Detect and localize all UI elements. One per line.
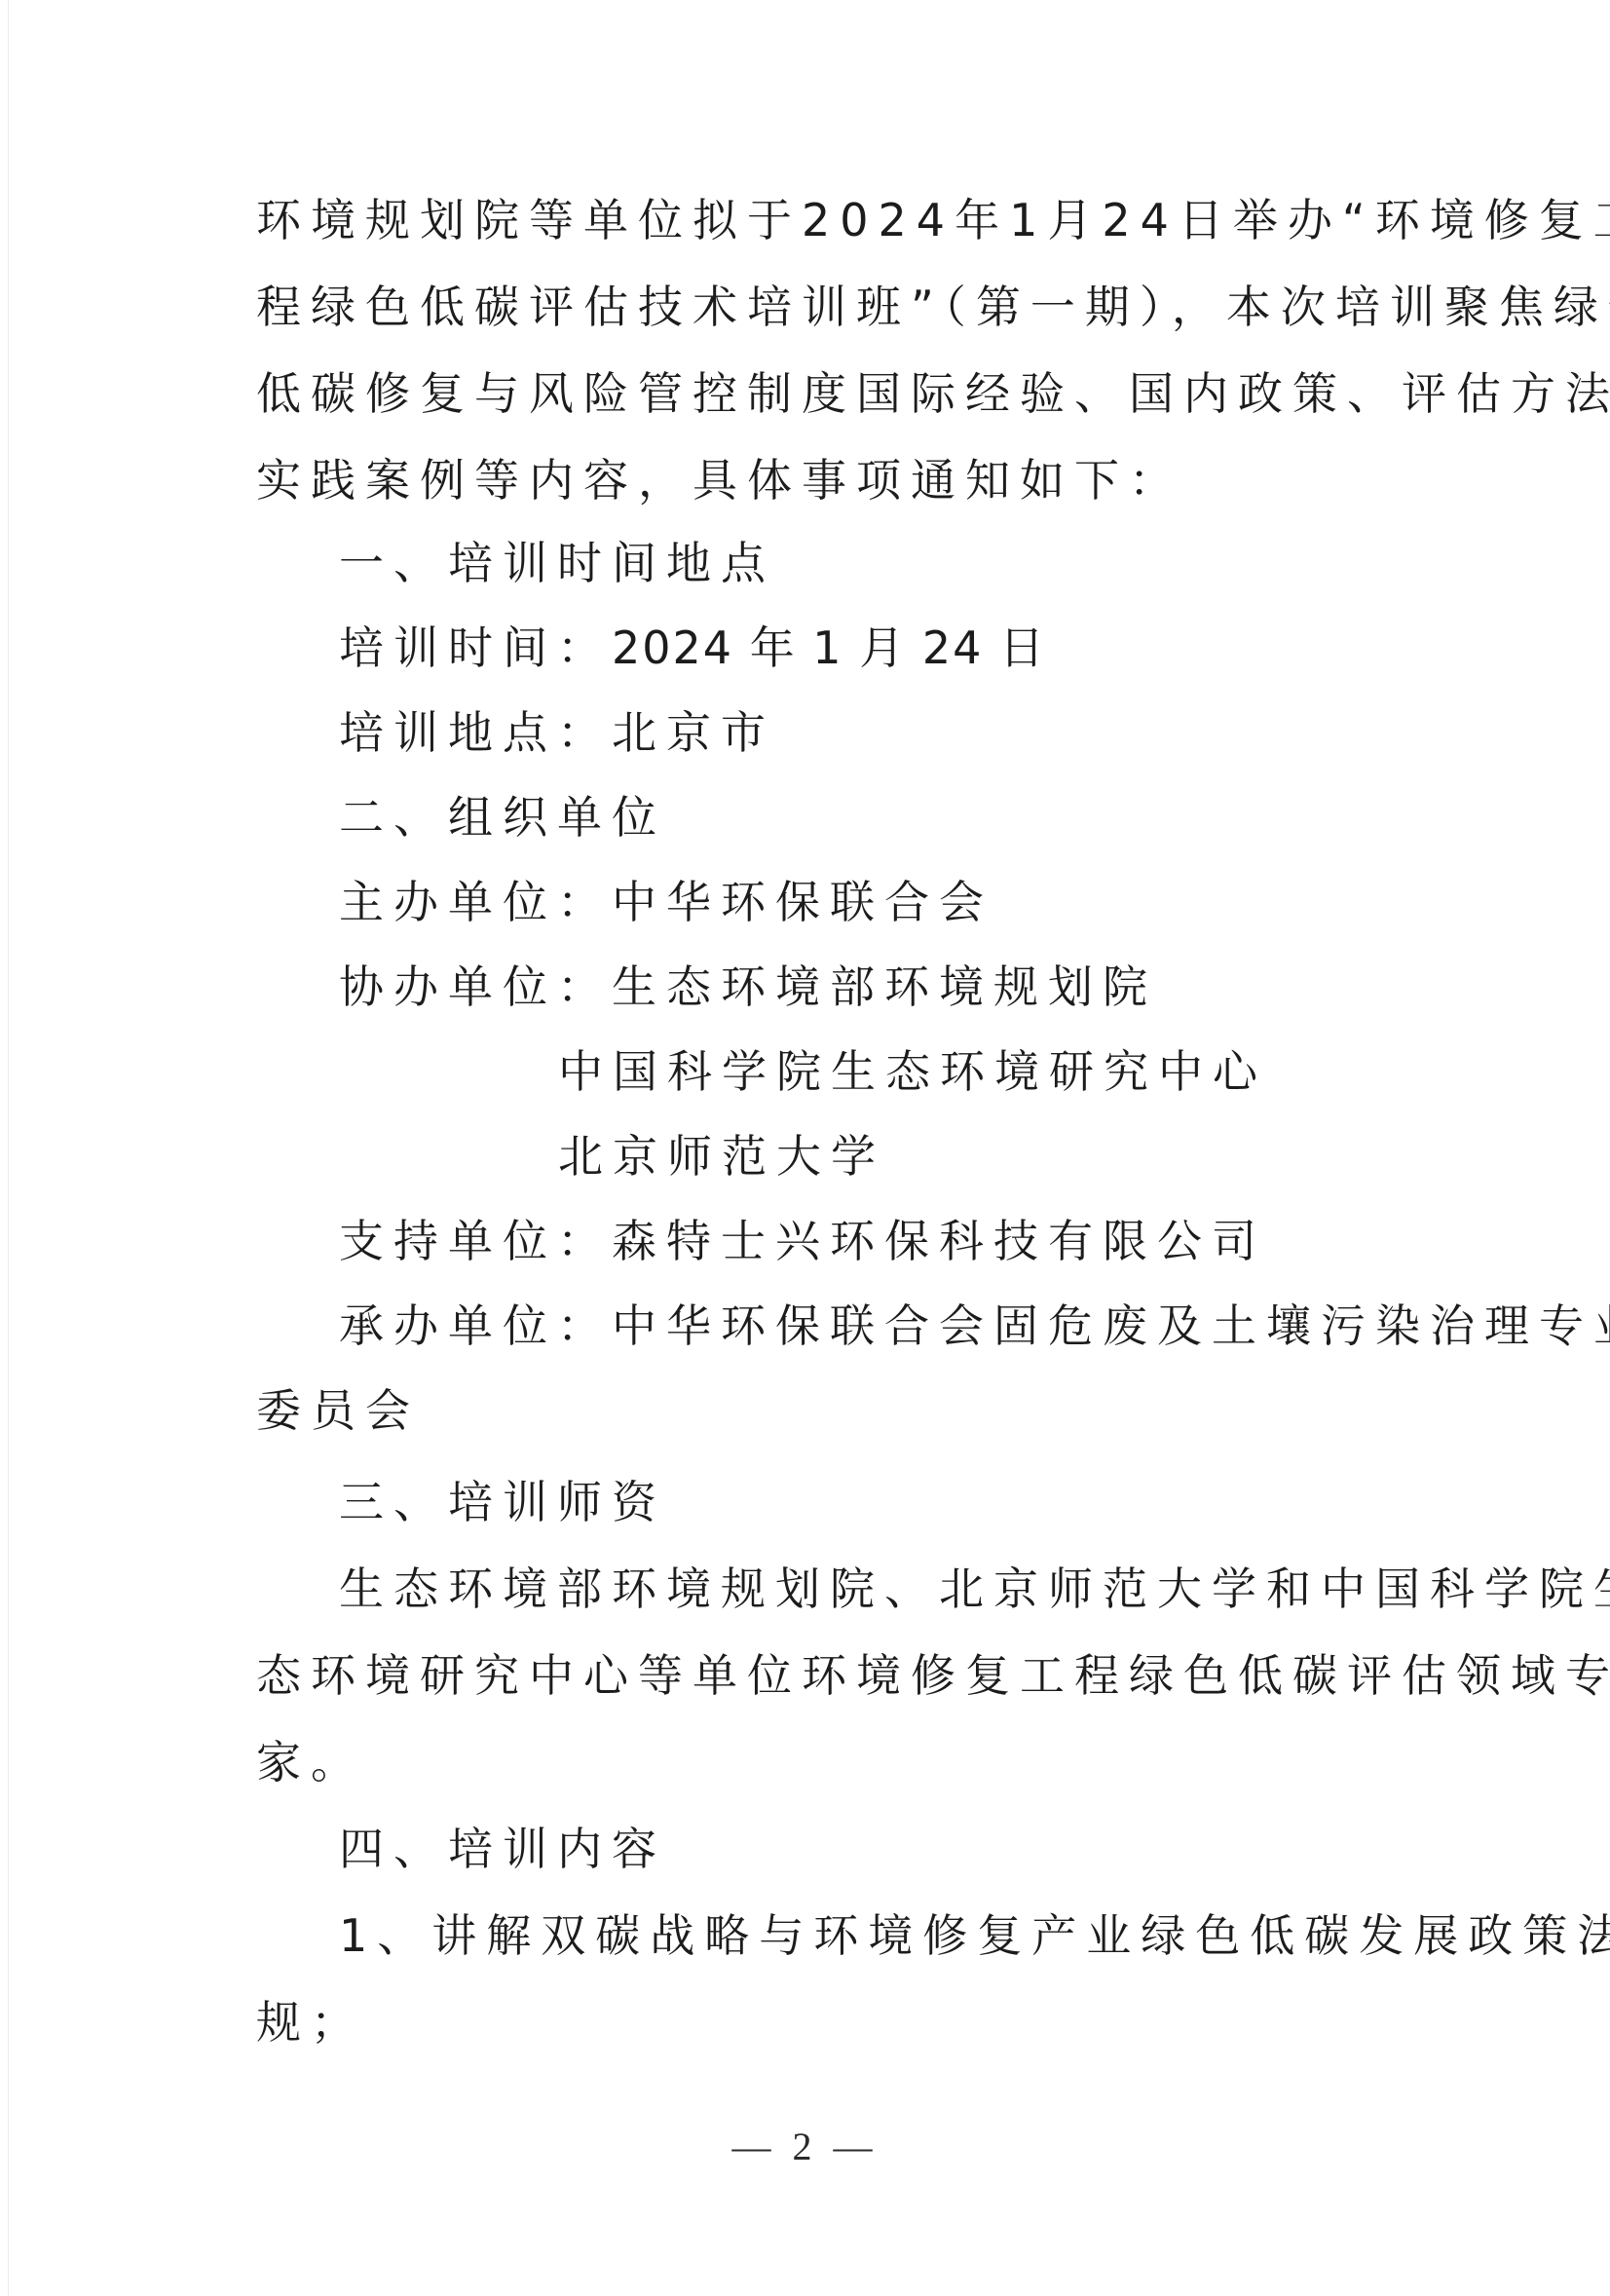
intro-line-2: 程绿色低碳评估技术培训班”（第一期），本次培训聚焦绿色 <box>256 280 1610 334</box>
support-unit-value: 森特士兴环保科技有限公司 <box>612 1215 1266 1267</box>
co-organizer-label: 协办单位： <box>339 960 612 1013</box>
organizer-unit-value-continued: 委员会 <box>256 1383 420 1438</box>
organizer-unit-label: 承办单位： <box>339 1299 612 1352</box>
training-place-label: 培训地点： <box>339 706 612 759</box>
page-number: — 2 — <box>0 2124 1610 2170</box>
section-2-heading: 二、组织单位 <box>339 790 666 845</box>
training-time-row: 培训时间：2024 年 1 月 24 日 <box>339 621 1046 675</box>
section-4-item-1-line-1: 1、讲解双碳战略与环境修复产业绿色低碳发展政策法 <box>339 1908 1610 1963</box>
support-unit-label: 支持单位： <box>339 1215 612 1267</box>
intro-line-1: 环境规划院等单位拟于2024年1月24日举办“环境修复工 <box>256 193 1610 247</box>
intro-line-3: 低碳修复与风险管控制度国际经验、国内政策、评估方法及 <box>256 366 1610 421</box>
co-organizer-value-1: 生态环境部环境规划院 <box>612 960 1157 1013</box>
intro-line-4: 实践案例等内容，具体事项通知如下： <box>256 453 1183 508</box>
section-3-body-line-3: 家。 <box>256 1735 365 1789</box>
section-4-item-1-line-2: 规； <box>256 1995 365 2050</box>
training-time-label: 培训时间： <box>339 621 612 674</box>
host-unit-row: 主办单位：中华环保联合会 <box>339 875 993 929</box>
organizer-unit-row: 承办单位：中华环保联合会固危废及土壤污染治理专业 <box>339 1299 1610 1353</box>
document-page: 环境规划院等单位拟于2024年1月24日举办“环境修复工 程绿色低碳评估技术培训… <box>0 0 1610 2296</box>
section-4-heading: 四、培训内容 <box>339 1822 666 1876</box>
host-unit-label: 主办单位： <box>339 876 612 928</box>
organizer-unit-value: 中华环保联合会固危废及土壤污染治理专业 <box>612 1299 1610 1352</box>
support-unit-row: 支持单位：森特士兴环保科技有限公司 <box>339 1214 1266 1268</box>
training-place-row: 培训地点：北京市 <box>339 705 775 760</box>
co-organizer-value-3: 北京师范大学 <box>558 1129 885 1184</box>
training-place-value: 北京市 <box>612 706 775 759</box>
section-3-body-line-1: 生态环境部环境规划院、北京师范大学和中国科学院生 <box>339 1562 1610 1616</box>
co-organizer-row: 协办单位：生态环境部环境规划院 <box>339 960 1157 1014</box>
section-1-heading: 一、培训时间地点 <box>339 536 775 590</box>
section-3-heading: 三、培训师资 <box>339 1475 666 1529</box>
co-organizer-value-2: 中国科学院生态环境研究中心 <box>558 1044 1267 1099</box>
section-3-body-line-2: 态环境研究中心等单位环境修复工程绿色低碳评估领域专 <box>256 1648 1610 1703</box>
training-time-value: 2024 年 1 月 24 日 <box>612 621 1046 674</box>
host-unit-value: 中华环保联合会 <box>612 876 993 928</box>
